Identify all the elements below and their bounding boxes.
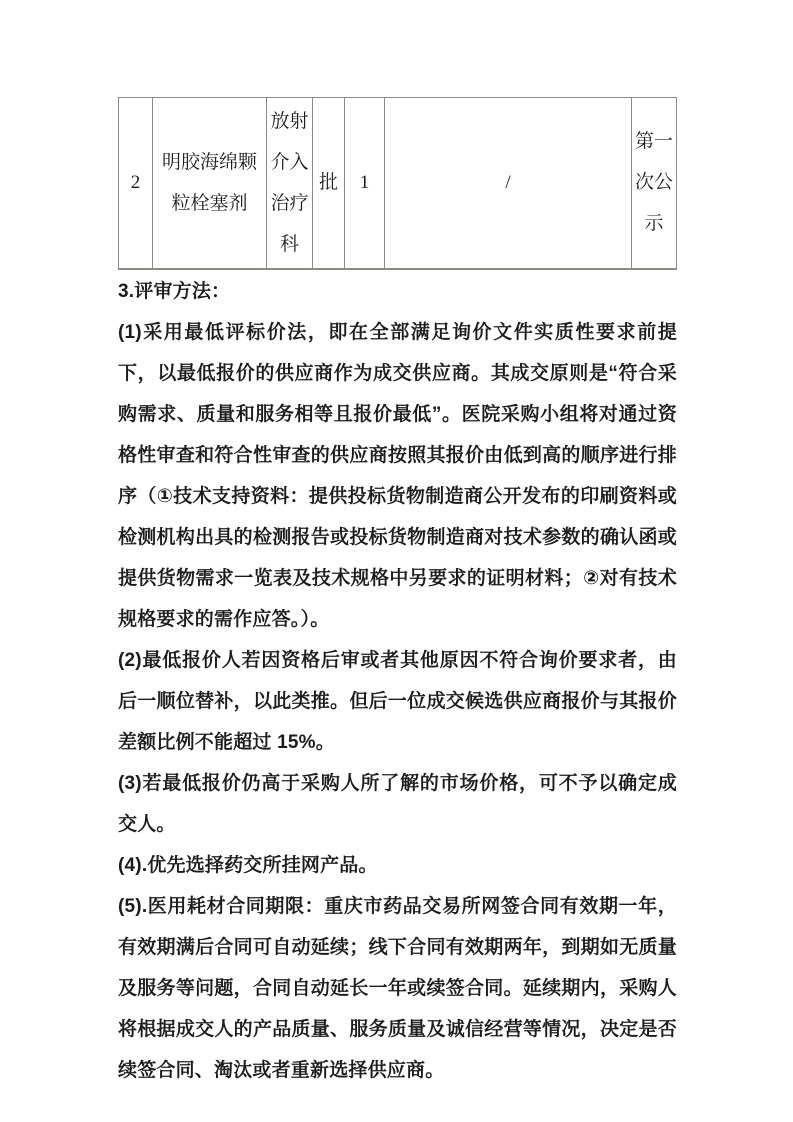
clause-1: (1)采用最低评标价法，即在全部满足询价文件实质性要求前提下，以最低报价的供应商… (118, 312, 677, 640)
document-page: 2 明胶海绵颗粒栓塞剂 放射介入治疗科 批 1 / 第一次公示 3.评审方法： … (0, 0, 793, 1122)
clause-2: (2)最低报价人若因资格后审或者其他原因不符合询价要求者，由后一顺位替补，以此类… (118, 640, 677, 763)
item-index-cell: 2 (119, 98, 153, 269)
procurement-item-table: 2 明胶海绵颗粒栓塞剂 放射介入治疗科 批 1 / 第一次公示 (118, 97, 677, 270)
section-heading: 3.评审方法： (118, 271, 677, 312)
clause-4: (4).优先选择药交所挂网产品。 (118, 845, 677, 886)
review-method-section: 3.评审方法： (1)采用最低评标价法，即在全部满足询价文件实质性要求前提下，以… (118, 271, 677, 1091)
publicity-status-cell: 第一次公示 (632, 98, 677, 269)
department-cell: 放射介入治疗科 (267, 98, 313, 269)
quantity-cell: 1 (345, 98, 385, 269)
product-name-cell: 明胶海绵颗粒栓塞剂 (153, 98, 267, 269)
clause-5: (5).医用耗材合同期限：重庆市药品交易所网签合同有效期一年，有效期满后合同可自… (118, 886, 677, 1091)
clause-3: (3)若最低报价仍高于采购人所了解的市场价格，可不予以确定成交人。 (118, 763, 677, 845)
remark-cell: / (385, 98, 632, 269)
table-row: 2 明胶海绵颗粒栓塞剂 放射介入治疗科 批 1 / 第一次公示 (119, 98, 677, 269)
unit-cell: 批 (313, 98, 345, 269)
